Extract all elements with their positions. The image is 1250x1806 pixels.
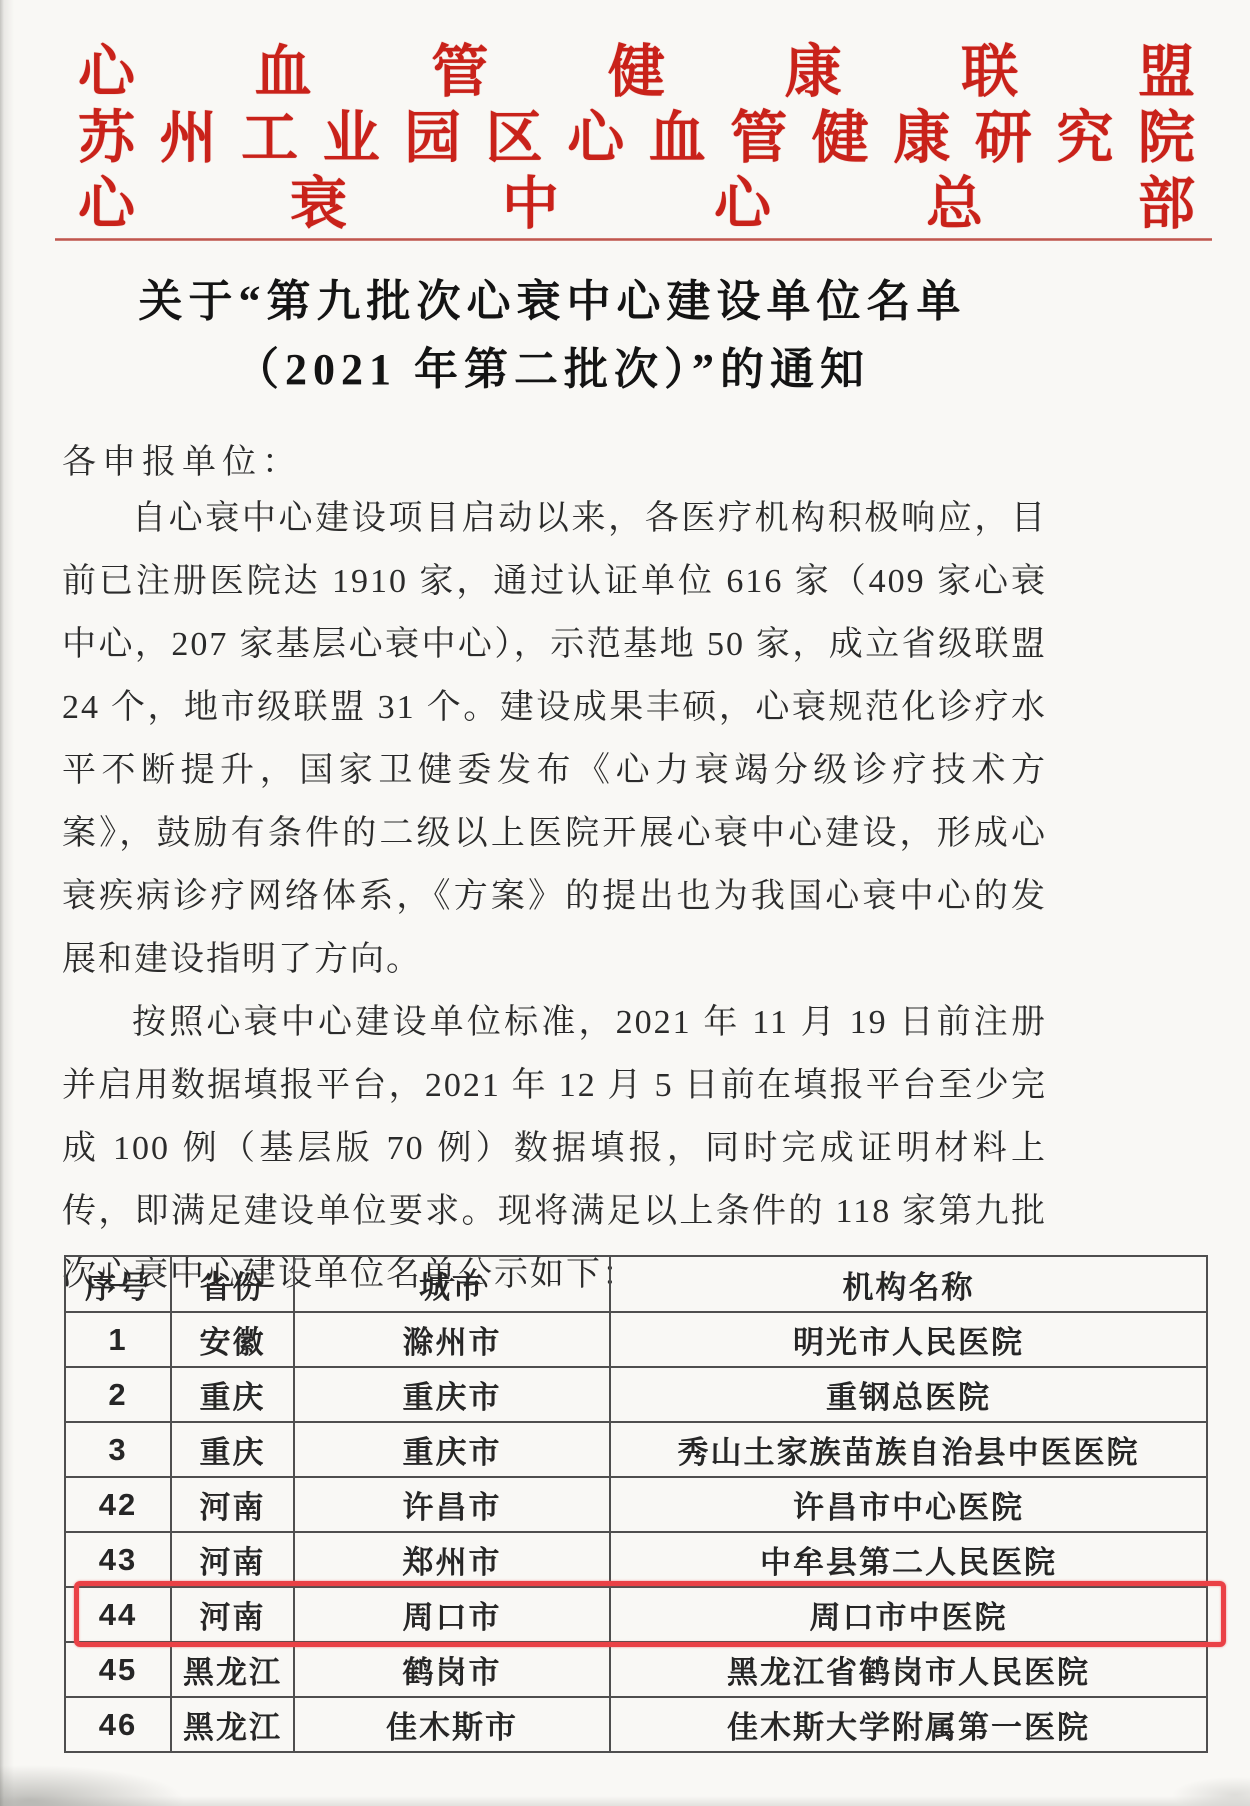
salutation: 各申报单位： <box>62 434 302 483</box>
table-row: 1 安徽 滁州市 明光市人民医院 <box>65 1312 1207 1367</box>
notice-title-line-2: （2021 年第二批次）”的通知 <box>80 336 1025 404</box>
cell-province: 黑龙江 <box>171 1642 294 1697</box>
cell-province: 重庆 <box>171 1422 294 1477</box>
letterhead-line-1: 心血管健康联盟 <box>78 40 1195 106</box>
column-header-city: 城市 <box>294 1256 610 1312</box>
cell-province: 河南 <box>171 1477 294 1532</box>
table-header-row: 序号 省份 城市 机构名称 <box>65 1256 1207 1312</box>
cell-org: 中牟县第二人民医院 <box>610 1532 1207 1587</box>
cell-no: 44 <box>65 1587 171 1642</box>
body-paragraph-1: 自心衰中心建设项目启动以来，各医疗机构积极响应，目前已注册医院达 1910 家，… <box>62 487 1047 991</box>
table-row: 42 河南 许昌市 许昌市中心医院 <box>65 1477 1207 1532</box>
cell-province: 河南 <box>171 1532 294 1587</box>
column-header-org: 机构名称 <box>610 1256 1207 1312</box>
table-row: 46 黑龙江 佳木斯市 佳木斯大学附属第一医院 <box>65 1697 1207 1752</box>
cell-org: 重钢总医院 <box>610 1367 1207 1422</box>
cell-org: 黑龙江省鹤岗市人民医院 <box>610 1642 1207 1697</box>
cell-no: 3 <box>65 1422 171 1477</box>
cell-no: 43 <box>65 1532 171 1587</box>
cell-no: 46 <box>65 1697 171 1752</box>
cell-org: 许昌市中心医院 <box>610 1477 1207 1532</box>
cell-org: 秀山土家族苗族自治县中医医院 <box>610 1422 1207 1477</box>
cell-no: 42 <box>65 1477 171 1532</box>
cell-no: 2 <box>65 1367 171 1422</box>
letterhead-line-3: 心衰中心总部 <box>78 172 1195 238</box>
cell-province: 黑龙江 <box>171 1697 294 1752</box>
cell-org: 佳木斯大学附属第一医院 <box>610 1697 1207 1752</box>
letterhead: 心血管健康联盟 苏州工业园区心血管健康研究院 心衰中心总部 <box>78 40 1195 238</box>
table-row: 3 重庆 重庆市 秀山土家族苗族自治县中医医院 <box>65 1422 1207 1477</box>
cell-no: 1 <box>65 1312 171 1367</box>
table-row: 45 黑龙江 鹤岗市 黑龙江省鹤岗市人民医院 <box>65 1642 1207 1697</box>
notice-body: 自心衰中心建设项目启动以来，各医疗机构积极响应，目前已注册医院达 1910 家，… <box>62 487 1047 1306</box>
cell-province: 河南 <box>171 1587 294 1642</box>
cell-city: 鹤岗市 <box>294 1642 610 1697</box>
cell-city: 重庆市 <box>294 1422 610 1477</box>
column-header-no: 序号 <box>65 1256 171 1312</box>
table-row: 43 河南 郑州市 中牟县第二人民医院 <box>65 1532 1207 1587</box>
column-header-province: 省份 <box>171 1256 294 1312</box>
cell-city: 周口市 <box>294 1587 610 1642</box>
cell-province: 安徽 <box>171 1312 294 1367</box>
cell-city: 重庆市 <box>294 1367 610 1422</box>
cell-no: 45 <box>65 1642 171 1697</box>
cell-city: 郑州市 <box>294 1532 610 1587</box>
table-row: 44 河南 周口市 周口市中医院 <box>65 1587 1207 1642</box>
cell-org: 周口市中医院 <box>610 1587 1207 1642</box>
cell-org: 明光市人民医院 <box>610 1312 1207 1367</box>
cell-city: 滁州市 <box>294 1312 610 1367</box>
unit-list-table: 序号 省份 城市 机构名称 1 安徽 滁州市 明光市人民医院 2 重庆 重庆市 … <box>64 1255 1208 1753</box>
cell-province: 重庆 <box>171 1367 294 1422</box>
letterhead-line-2: 苏州工业园区心血管健康研究院 <box>78 106 1195 172</box>
notice-title-line-1: 关于“第九批次心衰中心建设单位名单 <box>80 268 1025 336</box>
scanned-notice-document: 心血管健康联盟 苏州工业园区心血管健康研究院 心衰中心总部 关于“第九批次心衰中… <box>0 0 1250 1806</box>
letterhead-divider-rule <box>55 238 1212 241</box>
cell-city: 许昌市 <box>294 1477 610 1532</box>
notice-title: 关于“第九批次心衰中心建设单位名单 （2021 年第二批次）”的通知 <box>80 268 1025 404</box>
table-row: 2 重庆 重庆市 重钢总医院 <box>65 1367 1207 1422</box>
cell-city: 佳木斯市 <box>294 1697 610 1752</box>
